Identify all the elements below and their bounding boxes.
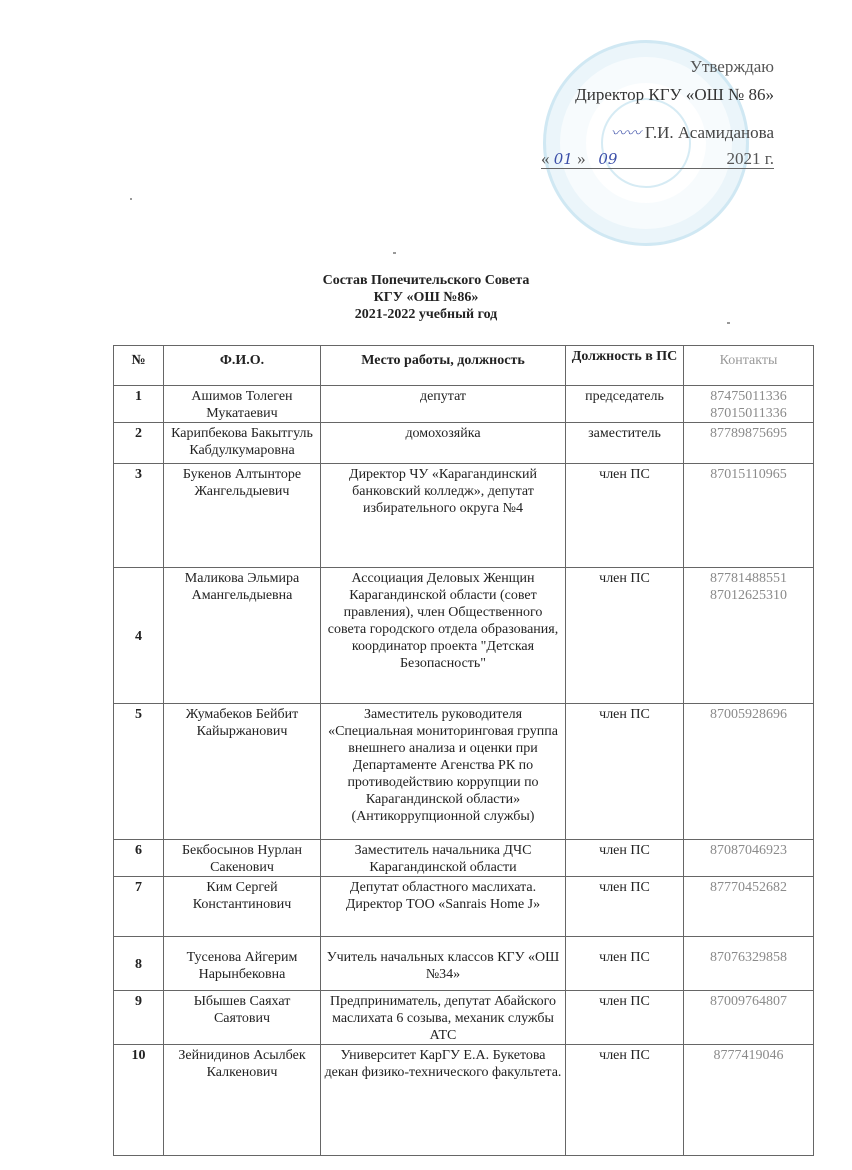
member-workplace: Директор ЧУ «Карагандинский банковский к… <box>321 464 566 568</box>
director-position: Директор КГУ «ОШ № 86» <box>541 86 774 116</box>
member-contacts: 8777419046 <box>684 1045 814 1156</box>
table-row: 2Карипбекова Бакытгуль Кабдулкумаровнадо… <box>114 423 814 464</box>
row-num: 1 <box>114 386 164 423</box>
member-contacts: 87087046923 <box>684 840 814 877</box>
header-work: Место работы, должность <box>321 346 566 386</box>
member-name: Бекбосынов Нурлан Сакенович <box>164 840 321 877</box>
member-board-role: член ПС <box>566 991 684 1045</box>
approval-date: « 01 » 09 2021 г. <box>541 150 774 169</box>
member-workplace: домохозяйка <box>321 423 566 464</box>
signatory-name: 〰〰Г.И. Асамиданова <box>541 124 774 150</box>
row-num: 9 <box>114 991 164 1045</box>
row-num: 4 <box>114 568 164 704</box>
scan-speck <box>727 322 730 324</box>
title-line-2: КГУ «ОШ №86» <box>0 289 852 306</box>
member-board-role: член ПС <box>566 840 684 877</box>
member-name: Маликова Эльмира Амангельдыевна <box>164 568 321 704</box>
scan-speck <box>393 252 396 254</box>
row-num: 5 <box>114 704 164 840</box>
table-row: 10Зейнидинов Асылбек КалкеновичУниверсит… <box>114 1045 814 1156</box>
member-name: Зейнидинов Асылбек Калкенович <box>164 1045 321 1156</box>
row-num: 3 <box>114 464 164 568</box>
member-name: Тусенова Айгерим Нарынбековна <box>164 937 321 991</box>
member-name: Ашимов Толеген Мукатаевич <box>164 386 321 423</box>
table-row: 4Маликова Эльмира АмангельдыевнаАссоциац… <box>114 568 814 704</box>
header-num: № <box>114 346 164 386</box>
member-contacts: 8778148855187012625310 <box>684 568 814 704</box>
member-contacts: 87789875695 <box>684 423 814 464</box>
member-contacts: 8747501133687015011336 <box>684 386 814 423</box>
header-contacts: Контакты <box>684 346 814 386</box>
member-name: Букенов Алтынторе Жангельдыевич <box>164 464 321 568</box>
member-workplace: Депутат областного маслихата. Директор Т… <box>321 877 566 937</box>
row-num: 8 <box>114 937 164 991</box>
table-row: 5Жумабеков Бейбит КайыржановичЗаместител… <box>114 704 814 840</box>
member-name: Ким Сергей Константинович <box>164 877 321 937</box>
date-day-month: « 01 » 09 <box>541 150 617 167</box>
member-workplace: Учитель начальных классов КГУ «ОШ №34» <box>321 937 566 991</box>
date-year: 2021 г. <box>726 150 774 167</box>
title-line-1: Состав Попечительского Совета <box>0 272 852 289</box>
member-workplace: депутат <box>321 386 566 423</box>
scan-speck <box>130 198 132 200</box>
member-board-role: член ПС <box>566 937 684 991</box>
member-workplace: Заместитель руководителя «Специальная мо… <box>321 704 566 840</box>
member-board-role: член ПС <box>566 704 684 840</box>
member-workplace: Университет КарГУ Е.А. Букетова декан фи… <box>321 1045 566 1156</box>
row-num: 10 <box>114 1045 164 1156</box>
table-row: 6Бекбосынов Нурлан СакеновичЗаместитель … <box>114 840 814 877</box>
member-board-role: член ПС <box>566 464 684 568</box>
member-workplace: Заместитель начальника ДЧС Карагандинско… <box>321 840 566 877</box>
member-contacts: 87009764807 <box>684 991 814 1045</box>
member-board-role: член ПС <box>566 877 684 937</box>
member-contacts: 87015110965 <box>684 464 814 568</box>
member-board-role: председатель <box>566 386 684 423</box>
title-line-3: 2021-2022 учебный год <box>0 306 852 323</box>
table-row: 1Ашимов Толеген Мукатаевичдепутатпредсед… <box>114 386 814 423</box>
member-contacts: 87005928696 <box>684 704 814 840</box>
member-board-role: заместитель <box>566 423 684 464</box>
table-row: 7Ким Сергей КонстантиновичДепутат област… <box>114 877 814 937</box>
member-contacts: 87076329858 <box>684 937 814 991</box>
row-num: 7 <box>114 877 164 937</box>
member-contacts: 87770452682 <box>684 877 814 937</box>
member-name: Карипбекова Бакытгуль Кабдулкумаровна <box>164 423 321 464</box>
member-board-role: член ПС <box>566 568 684 704</box>
trustees-table: № Ф.И.О. Место работы, должность Должнос… <box>113 345 814 1156</box>
row-num: 6 <box>114 840 164 877</box>
table-row: 3Букенов Алтынторе ЖангельдыевичДиректор… <box>114 464 814 568</box>
member-workplace: Ассоциация Деловых Женщин Карагандинской… <box>321 568 566 704</box>
row-num: 2 <box>114 423 164 464</box>
approval-block: Утверждаю Директор КГУ «ОШ № 86» 〰〰Г.И. … <box>541 58 774 169</box>
header-name: Ф.И.О. <box>164 346 321 386</box>
table-header-row: № Ф.И.О. Место работы, должность Должнос… <box>114 346 814 386</box>
table-row: 9Ыбышев Саяхат СаятовичПредприниматель, … <box>114 991 814 1045</box>
document-title: Состав Попечительского Совета КГУ «ОШ №8… <box>0 272 852 323</box>
member-board-role: член ПС <box>566 1045 684 1156</box>
member-workplace: Предприниматель, депутат Абайского масли… <box>321 991 566 1045</box>
member-name: Жумабеков Бейбит Кайыржанович <box>164 704 321 840</box>
table-row: 8Тусенова Айгерим НарынбековнаУчитель на… <box>114 937 814 991</box>
signature-icon: 〰〰 <box>611 124 641 142</box>
header-role: Должность в ПС <box>566 346 684 386</box>
approve-label: Утверждаю <box>541 58 774 86</box>
member-name: Ыбышев Саяхат Саятович <box>164 991 321 1045</box>
